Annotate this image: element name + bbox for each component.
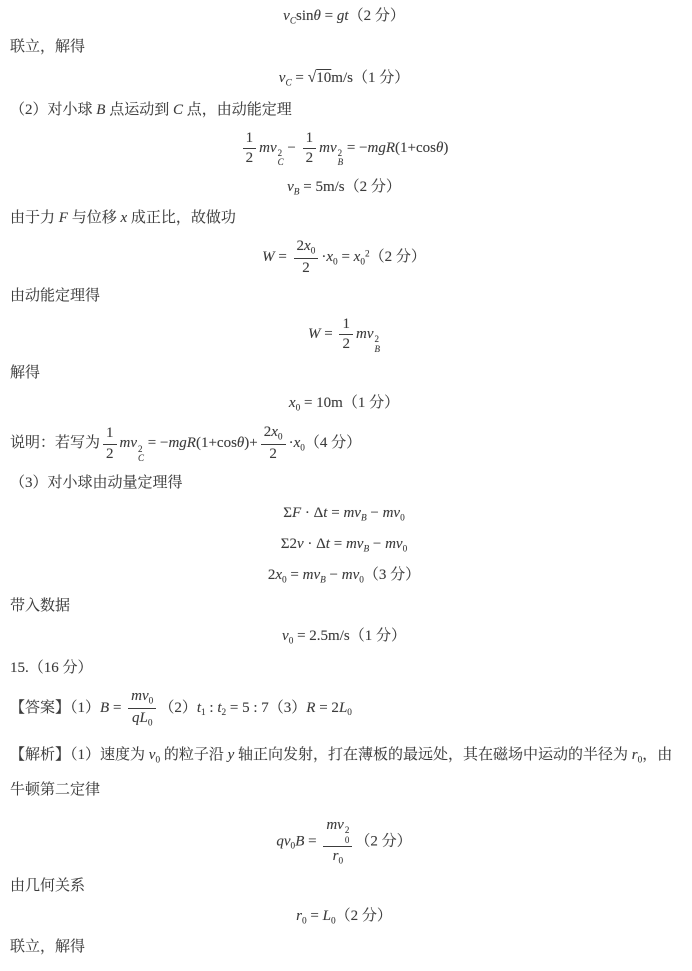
fraction-denominator: 2 [266, 445, 280, 463]
math-variable: qv [276, 833, 290, 849]
math-variable: L [323, 908, 331, 924]
eq-v0-2p5ms: v0 = 2.5m/s（1 分） [10, 626, 678, 648]
math-text: 带入数据 [10, 598, 70, 614]
math-text: = [321, 326, 337, 342]
math-variable: v [282, 628, 289, 644]
math-text: m/s（1 分） [331, 70, 409, 86]
math-variable: C [173, 102, 183, 118]
math-text: 解得 [10, 365, 40, 381]
math-text: = − [144, 436, 168, 452]
math-text: 联立，解得 [10, 939, 85, 955]
math-text: · Δ [301, 505, 323, 521]
math-variable: x [289, 395, 296, 411]
math-variable: mv [326, 817, 344, 833]
fraction-numerator: 1 [339, 316, 353, 335]
math-variable: mv [343, 505, 361, 521]
math-text: = [275, 249, 291, 265]
math-text: （2 分） [355, 833, 411, 849]
math-text: 2 [342, 336, 350, 352]
eq-work: W = 2x02·x0 = x02（2 分） [10, 238, 678, 277]
math-text: （3 分） [364, 567, 420, 583]
eq-w-half-mvb2: W = 12mv2B [10, 316, 678, 354]
math-text: = 10m（1 分） [300, 395, 399, 411]
math-text: 1 [106, 425, 114, 441]
math-variable: mv [319, 140, 337, 156]
math-text: = [109, 700, 125, 716]
math-variable: F [292, 505, 301, 521]
document-page: vCsinθ = gt（2 分）联立，解得vC = √10m/s（1 分）（2）… [0, 0, 692, 971]
text-part3-intro: （3）对小球由动量定理得 [10, 473, 678, 494]
math-text: （2）对小球 [10, 102, 96, 118]
math-text: Σ [283, 505, 292, 521]
eq-vb-5ms: vB = 5m/s（2 分） [10, 177, 678, 199]
eq-impulse-2: Σ2v · Δt = mvB − mv0 [10, 534, 678, 556]
math-text: （2） [159, 700, 197, 716]
fraction-denominator: qL0 [129, 709, 156, 729]
eq-x0-10m: x0 = 10m（1 分） [10, 393, 678, 415]
math-text: = [287, 567, 303, 583]
math-subscript: 0 [338, 856, 343, 866]
fraction-numerator: 2x0 [261, 424, 286, 445]
math-supsub-stack: 20 [345, 826, 350, 845]
eq-vc-sqrt10: vC = √10m/s（1 分） [10, 67, 678, 90]
math-variable: mv [385, 536, 403, 552]
fraction-numerator: 1 [243, 130, 257, 149]
math-variable: mgR [368, 140, 396, 156]
math-text: )+ [244, 436, 257, 452]
math-variable: qL [132, 710, 148, 726]
math-text: 【解析】（1）速度为 [10, 747, 149, 763]
text-lianli-jiede-2: 联立，解得 [10, 937, 678, 958]
math-text: = [292, 70, 308, 86]
math-variable: x [275, 567, 282, 583]
math-text: 2 [246, 150, 254, 166]
fraction-denominator: 2 [299, 259, 313, 277]
math-text: 1 [306, 130, 314, 146]
math-text: = 2 [315, 700, 338, 716]
math-text: 2 [297, 238, 305, 254]
math-text: 由动能定理得 [10, 288, 100, 304]
text-note-alt-equation: 说明：若写为12mv2C = −mgR(1+cosθ)+2x02·x0（4 分） [10, 424, 678, 463]
math-subscript: B [338, 158, 344, 167]
math-text: Σ2 [281, 536, 297, 552]
math-text: 轴正向发射，打在薄板的最远处，其在磁场中运动的半径为 [234, 747, 632, 763]
fraction-denominator: 2 [243, 149, 257, 167]
math-text: = [327, 505, 343, 521]
math-text: 1 [246, 130, 254, 146]
math-text: （2 分） [336, 908, 392, 924]
math-text: 点，由动能定理 [183, 102, 292, 118]
fraction: 2x02 [294, 238, 319, 277]
math-variable: mv [342, 567, 360, 583]
math-text: 2 [302, 260, 310, 276]
math-subscript: 0 [148, 718, 153, 728]
fraction: 12 [103, 425, 117, 463]
math-text: ) [443, 140, 448, 156]
eq-impulse-1: ΣF · Δt = mvB − mv0 [10, 503, 678, 525]
math-variable: v [297, 536, 304, 552]
math-subscript: C [278, 158, 284, 167]
sqrt-radicand: 10 [316, 70, 331, 86]
math-supsub-stack: 2B [374, 335, 380, 354]
math-text: 2 [269, 446, 277, 462]
math-subscript: 0 [278, 433, 283, 443]
eq-r0-l0: r0 = L0（2 分） [10, 906, 678, 928]
math-text: sin [296, 8, 314, 24]
math-text: 2 [306, 150, 314, 166]
math-variable: mv [303, 567, 321, 583]
math-text: 成正比，故做功 [127, 210, 236, 226]
math-variable: B [295, 833, 304, 849]
math-text: 说明：若写为 [10, 436, 100, 452]
math-variable: v [283, 8, 290, 24]
text-geometry-relation: 由几何关系 [10, 876, 678, 897]
math-variable: mv [131, 688, 149, 704]
math-text: · Δ [304, 536, 326, 552]
math-text: : [206, 700, 218, 716]
radical-icon: √ [308, 69, 317, 86]
fraction-denominator: 2 [103, 445, 117, 463]
math-variable: mv [120, 436, 138, 452]
fraction-numerator: mv0 [128, 688, 156, 709]
fraction-denominator: r0 [330, 847, 347, 867]
math-variable: mv [356, 326, 374, 342]
text-answer-line: 【答案】（1）B = mv0qL0（2）t1 : t2 = 5 : 7（3）R … [10, 688, 678, 729]
fraction-numerator: 2x0 [294, 238, 319, 259]
math-subscript: B [374, 345, 380, 354]
math-variable: x [304, 238, 311, 254]
math-text: = 2.5m/s（1 分） [293, 628, 406, 644]
math-text: = [307, 908, 323, 924]
math-text: （4 分） [305, 436, 361, 452]
math-subscript: 0 [347, 708, 352, 718]
eq-vc-sin-gt: vCsinθ = gt（2 分） [10, 6, 678, 28]
math-subscript: 0 [149, 696, 154, 706]
math-subscript: 0 [345, 836, 350, 845]
fraction: mv20r0 [323, 817, 352, 867]
math-variable: F [59, 210, 68, 226]
math-text: 2 [106, 446, 114, 462]
math-text: − [367, 505, 383, 521]
math-text: = [338, 249, 354, 265]
math-text: 15.（16 分） [10, 660, 93, 676]
math-variable: x [271, 424, 278, 440]
math-variable: mv [259, 140, 277, 156]
math-text: = 5m/s（2 分） [299, 179, 400, 195]
math-text: − [369, 536, 385, 552]
math-text: (1+cos [395, 140, 436, 156]
math-text: （3）对小球由动量定理得 [10, 475, 183, 491]
math-text: − [284, 140, 300, 156]
text-analysis: 【解析】（1）速度为 v0 的粒子沿 y 轴正向发射，打在薄板的最远处，其在磁场… [10, 738, 678, 809]
fraction: 12 [243, 130, 257, 168]
math-text: = [321, 8, 337, 24]
eq-energy-theorem: 12mv2C − 12mv2B = −mgR(1+cosθ) [10, 130, 678, 168]
math-variable: θ [314, 8, 321, 24]
fraction: 12 [339, 316, 353, 354]
fraction-numerator: 1 [303, 130, 317, 149]
math-variable: W [308, 326, 321, 342]
math-variable: gt [337, 8, 349, 24]
math-text: 由于力 [10, 210, 59, 226]
text-question-15: 15.（16 分） [10, 658, 678, 679]
math-text: 与位移 [68, 210, 121, 226]
math-variable: mgR [168, 436, 196, 452]
math-text: 联立，解得 [10, 39, 85, 55]
math-variable: v [287, 179, 294, 195]
fraction: 12 [303, 130, 317, 168]
math-subscript: 0 [403, 544, 408, 554]
fraction-denominator: 2 [339, 335, 353, 353]
math-text: = [330, 536, 346, 552]
math-text: 点运动到 [105, 102, 173, 118]
math-text: (1+cos [196, 436, 237, 452]
fraction-denominator: 2 [303, 149, 317, 167]
math-variable: W [262, 249, 275, 265]
fraction: mv0qL0 [128, 688, 156, 729]
eq-impulse-3: 2x0 = mvB − mv0（3 分） [10, 565, 678, 587]
sqrt-expression: √10 [308, 70, 332, 86]
math-text: = − [343, 140, 367, 156]
eq-newton-second-law: qv0B = mv20r0（2 分） [10, 817, 678, 867]
math-text: （2 分） [349, 8, 405, 24]
text-energy-theorem-intro: 由动能定理得 [10, 286, 678, 307]
fraction-numerator: mv20 [323, 817, 352, 847]
math-text: − [326, 567, 342, 583]
math-text: 的粒子沿 [160, 747, 228, 763]
math-text: （2 分） [370, 249, 426, 265]
math-variable: mv [383, 505, 401, 521]
fraction: 2x02 [261, 424, 286, 463]
math-subscript: 0 [400, 513, 405, 523]
math-text: 【答案】（1） [10, 700, 100, 716]
math-text: = 5 : 7（3） [226, 700, 306, 716]
text-substitute-data: 带入数据 [10, 596, 678, 617]
math-subscript: C [138, 454, 144, 463]
math-variable: mv [346, 536, 364, 552]
math-text: 1 [342, 316, 350, 332]
fraction-numerator: 1 [103, 425, 117, 444]
text-jiede: 解得 [10, 363, 678, 384]
math-text: 由几何关系 [10, 878, 85, 894]
text-lianli-jiede-1: 联立，解得 [10, 37, 678, 58]
text-force-proportional: 由于力 F 与位移 x 成正比，故做功 [10, 208, 678, 229]
math-variable: B [100, 700, 109, 716]
math-subscript: 0 [311, 246, 316, 256]
text-part2-intro: （2）对小球 B 点运动到 C 点，由动能定理 [10, 100, 678, 121]
math-text: = [304, 833, 320, 849]
